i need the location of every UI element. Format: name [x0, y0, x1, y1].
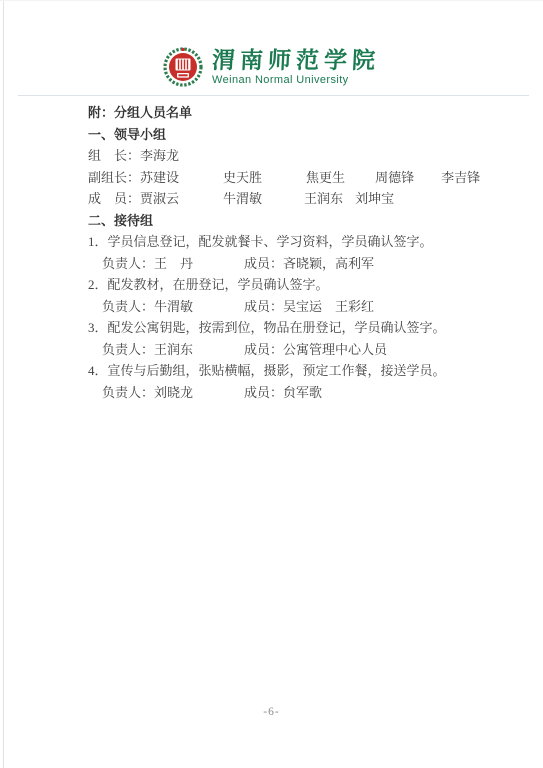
task-item-2: 2．配发教材，在册登记，学员确认签字。 [88, 274, 487, 296]
section-heading-leadership: 一、领导小组 [88, 124, 487, 146]
person-name: 李海龙 [140, 145, 179, 167]
task-item-1: 1．学员信息登记，配发就餐卡、学习资料，学员确认签字。 [88, 231, 487, 253]
university-name-cn: 渭南师范学院 [211, 48, 380, 74]
header-divider [18, 95, 529, 96]
row-deputy-leaders: 副组长：苏建设史天胜焦更生周德锋李吉锋 [88, 167, 487, 189]
document-content: 附：分组人员名单 一、领导小组 组 长：李海龙 副组长：苏建设史天胜焦更生周德锋… [88, 102, 487, 403]
row-label: 成 员： [88, 191, 140, 206]
members-names: 公寓管理中心人员 [283, 342, 387, 357]
attachment-title: 附：分组人员名单 [88, 102, 487, 124]
person-name: 李吉锋 [441, 167, 480, 189]
university-name-en: Weinan Normal University [212, 74, 349, 87]
person-name: 史天胜 [223, 167, 262, 189]
row-label: 组 长： [88, 148, 140, 163]
leader-label: 负责人： [102, 342, 154, 357]
person-name: 焦更生 [306, 167, 345, 189]
university-seal-icon [163, 46, 203, 88]
members-label: 成员： [244, 256, 283, 271]
leader-name: 王 丹 [154, 253, 244, 275]
task-item-3-staff: 负责人：王润东成员：公寓管理中心人员 [88, 339, 487, 361]
document-page: { "header": { "university_name_cn": "渭南师… [0, 0, 543, 768]
members-label: 成员： [244, 299, 283, 314]
row-leader: 组 长：李海龙 [88, 145, 487, 167]
task-item-4-staff: 负责人：刘晓龙成员：贠军歌 [88, 382, 487, 404]
task-item-3: 3．配发公寓钥匙，按需到位，物品在册登记，学员确认签字。 [88, 317, 487, 339]
task-item-4: 4．宣传与后勤组，张贴横幅，摄影，预定工作餐，接送学员。 [88, 360, 487, 382]
members-names: 吝晓颖，高利军 [283, 256, 374, 271]
page-left-edge [3, 0, 4, 768]
person-name: 王润东 [304, 188, 343, 210]
university-name-block: 渭南师范学院 Weinan Normal University [212, 48, 380, 87]
leader-label: 负责人： [102, 256, 154, 271]
members-label: 成员： [244, 385, 283, 400]
page-number: -6- [0, 706, 543, 718]
person-name: 周德锋 [375, 167, 414, 189]
person-name: 牛渭敏 [223, 188, 262, 210]
leader-name: 刘晓龙 [154, 382, 244, 404]
person-name: 刘坤宝 [355, 188, 394, 210]
members-names: 吴宝运 王彩红 [283, 299, 374, 314]
section-heading-reception: 二、接待组 [88, 210, 487, 232]
leader-name: 王润东 [154, 339, 244, 361]
leader-label: 负责人： [102, 299, 154, 314]
task-item-1-staff: 负责人：王 丹成员：吝晓颖，高利军 [88, 253, 487, 275]
person-name: 贾淑云 [140, 188, 179, 210]
row-members: 成 员：贾淑云牛渭敏王润东刘坤宝 [88, 188, 487, 210]
members-names: 贠军歌 [283, 385, 322, 400]
page-top-edge [0, 0, 543, 1]
task-item-2-staff: 负责人：牛渭敏成员：吴宝运 王彩红 [88, 296, 487, 318]
university-header: 渭南师范学院 Weinan Normal University [0, 46, 543, 88]
person-name: 苏建设 [140, 167, 179, 189]
leader-label: 负责人： [102, 385, 154, 400]
row-label: 副组长： [88, 170, 140, 185]
members-label: 成员： [244, 342, 283, 357]
leader-name: 牛渭敏 [154, 296, 244, 318]
